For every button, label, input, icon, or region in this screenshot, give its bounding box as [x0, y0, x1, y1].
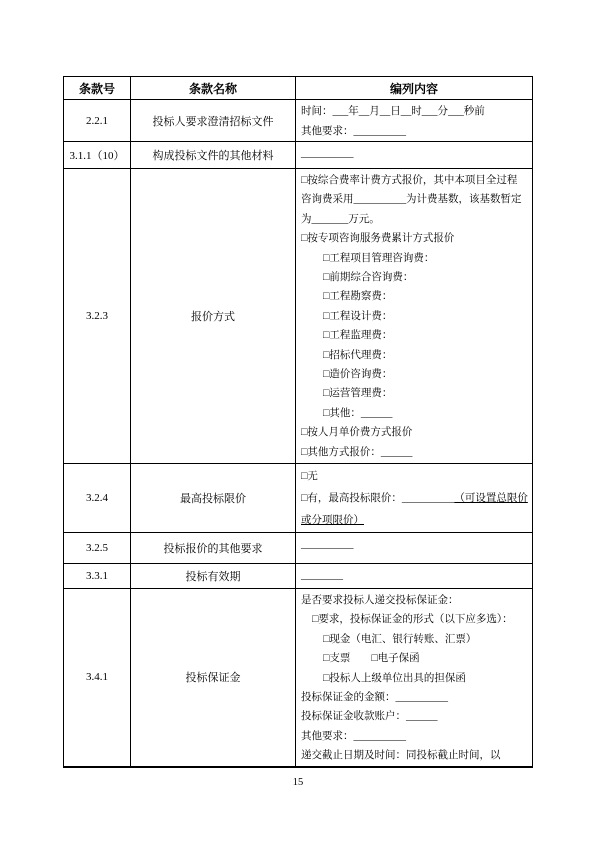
content-line: □有，最高投标限价：__________（可设置总限价: [296, 488, 532, 510]
clause-name: 最高投标限价: [131, 464, 296, 533]
clause-content: □无□有，最高投标限价：__________（可设置总限价或分项限价）: [296, 464, 533, 533]
content-line: □前期综合咨询费：: [296, 268, 532, 287]
content-line: □其他：______: [296, 404, 532, 423]
header-clause-name: 条款名称: [131, 77, 296, 100]
content-line: □现金（电汇、银行转账、汇票）: [296, 630, 532, 649]
content-line: □其他方式报价：______: [296, 443, 532, 462]
table-row: 3.1.1（10）构成投标文件的其他材料__________: [64, 142, 533, 169]
clause-content: 是否要求投标人递交投标保证金：□要求，投标保证金的形式（以下应多选）：□现金（电…: [296, 589, 533, 767]
content-line: □按专项咨询服务费累计方式报价: [296, 229, 532, 248]
content-line: □支票 □电子保函: [296, 649, 532, 668]
clause-name: 投标人要求澄清招标文件: [131, 100, 296, 142]
content-line: __________: [296, 144, 532, 163]
table-row: 3.2.5投标报价的其他要求__________: [64, 533, 533, 564]
clause-content: __________: [296, 142, 533, 169]
content-line: 其他要求：__________: [296, 122, 532, 142]
header-row: 条款号 条款名称 编列内容: [64, 77, 533, 100]
content-line: 为_______万元。: [296, 210, 532, 229]
underlined-text: 或分项限价）: [301, 515, 364, 526]
table-row: 2.2.1投标人要求澄清招标文件时间：___年__月__日__时___分___秒…: [64, 100, 533, 142]
clause-content: ________: [296, 564, 533, 589]
content-line: □工程项目管理咨询费：: [296, 249, 532, 268]
plain-text: □有，最高投标限价：__________: [301, 493, 454, 504]
content-line: 投标保证金的金额：__________: [296, 688, 532, 707]
header-content: 编列内容: [296, 77, 533, 100]
content-line: □造价咨询费：: [296, 365, 532, 384]
clause-table-body: 2.2.1投标人要求澄清招标文件时间：___年__月__日__时___分___秒…: [64, 100, 533, 767]
content-line: □无: [296, 466, 532, 488]
clause-number: 2.2.1: [64, 100, 131, 142]
table-row: 3.3.1投标有效期________: [64, 564, 533, 589]
table-row: 3.4.1投标保证金是否要求投标人递交投标保证金：□要求，投标保证金的形式（以下…: [64, 589, 533, 767]
clause-name: 投标有效期: [131, 564, 296, 589]
header-clause-number: 条款号: [64, 77, 131, 100]
content-line: □工程设计费：: [296, 307, 532, 326]
content-line: 咨询费采用__________为计费基数，该基数暂定: [296, 190, 532, 209]
content-line: __________: [296, 535, 532, 554]
content-line: □工程勘察费：: [296, 287, 532, 306]
clause-content: □按综合费率计费方式报价，其中本项目全过程咨询费采用__________为计费基…: [296, 169, 533, 464]
content-line: 投标保证金收款账户：______: [296, 707, 532, 726]
clause-number: 3.1.1（10）: [64, 142, 131, 169]
clause-table-header: 条款号 条款名称 编列内容: [64, 77, 533, 100]
clause-name: 构成投标文件的其他材料: [131, 142, 296, 169]
clause-number: 3.2.3: [64, 169, 131, 464]
content-line: 时间：___年__月__日__时___分___秒前: [296, 102, 532, 122]
content-line: □工程监理费：: [296, 326, 532, 345]
content-line: □投标人上级单位出具的担保函: [296, 669, 532, 688]
clause-content: 时间：___年__月__日__时___分___秒前其他要求：__________: [296, 100, 533, 142]
clause-number: 3.2.4: [64, 464, 131, 533]
content-line: □运营管理费：: [296, 384, 532, 403]
table-row: 3.2.3报价方式□按综合费率计费方式报价，其中本项目全过程咨询费采用_____…: [64, 169, 533, 464]
content-line: 递交截止日期及时间：同投标截止时间，以: [296, 746, 532, 765]
content-line: □按人月单价费方式报价: [296, 423, 532, 442]
document-page: 条款号 条款名称 编列内容 2.2.1投标人要求澄清招标文件时间：___年__月…: [0, 0, 596, 843]
clause-number: 3.4.1: [64, 589, 131, 767]
clause-number: 3.2.5: [64, 533, 131, 564]
content-line: □按综合费率计费方式报价，其中本项目全过程: [296, 171, 532, 190]
content-line: 是否要求投标人递交投标保证金：: [296, 591, 532, 610]
content-line: 其他要求：__________: [296, 727, 532, 746]
clause-name: 投标报价的其他要求: [131, 533, 296, 564]
underlined-text: （可设置总限价: [454, 493, 528, 504]
clause-table: 条款号 条款名称 编列内容 2.2.1投标人要求澄清招标文件时间：___年__月…: [63, 76, 533, 768]
clause-number: 3.3.1: [64, 564, 131, 589]
content-line: 或分项限价）: [296, 510, 532, 532]
clause-content: __________: [296, 533, 533, 564]
clause-name: 投标保证金: [131, 589, 296, 767]
content-line: ________: [296, 566, 532, 585]
clause-name: 报价方式: [131, 169, 296, 464]
content-line: □要求，投标保证金的形式（以下应多选）：: [296, 610, 532, 629]
content-line: □招标代理费：: [296, 346, 532, 365]
page-number: 15: [0, 777, 596, 788]
table-row: 3.2.4最高投标限价□无□有，最高投标限价：__________（可设置总限价…: [64, 464, 533, 533]
